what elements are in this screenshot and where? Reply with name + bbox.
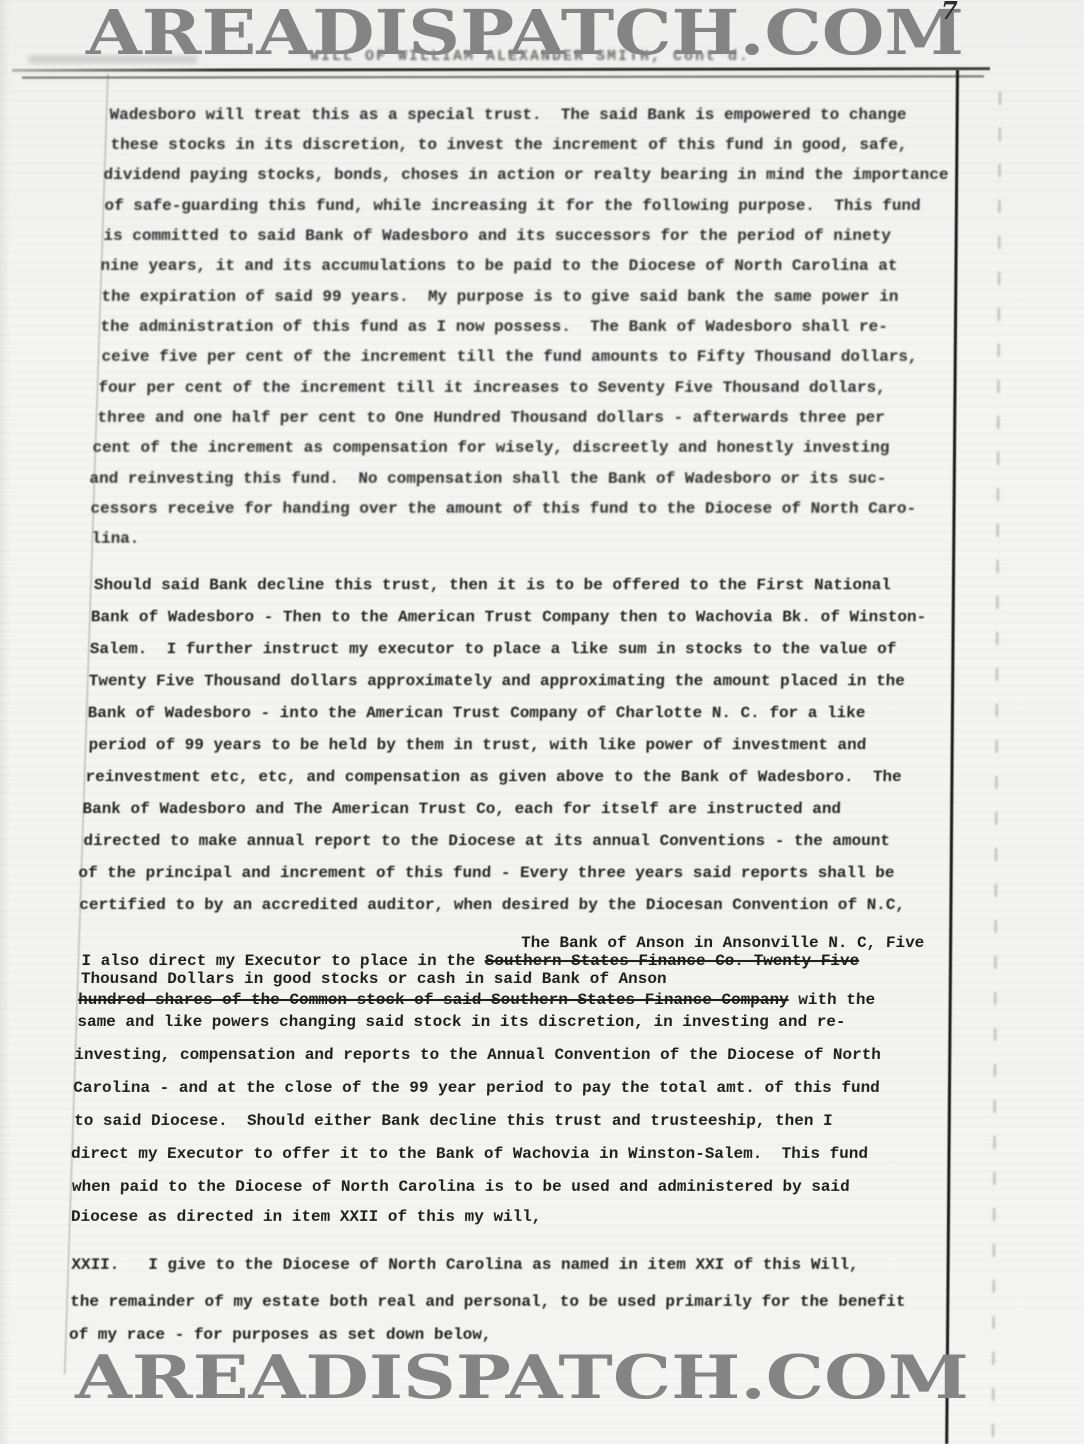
text-segment: when paid to the Diocese of North Caroli… — [72, 1178, 850, 1196]
text-segment: four per cent of the increment till it i… — [98, 379, 886, 397]
document-line: Twenty Five Thousand dollars approximate… — [88, 671, 905, 691]
text-segment: of the principal and increment of this f… — [78, 864, 895, 882]
document-line: Bank of Wadesboro - Then to the American… — [91, 607, 927, 627]
watermark-top: AREADISPATCH.COM — [86, 2, 964, 64]
text-segment: The Bank of Anson in Ansonville N. C, Fi… — [521, 934, 925, 952]
text-segment: of my race - for purposes as set down be… — [69, 1326, 492, 1344]
document-line: direct my Executor to offer it to the Ba… — [71, 1144, 869, 1164]
page-number: 7 — [941, 0, 958, 25]
text-segment: directed to make annual report to the Di… — [83, 832, 890, 850]
text-segment: certified to by an accredited auditor, w… — [79, 896, 905, 914]
text-segment: dividend paying stocks, bonds, choses in… — [103, 166, 949, 184]
document-line: Carolina - and at the close of the 99 ye… — [73, 1078, 880, 1098]
document-line: the expiration of said 99 years. My purp… — [101, 287, 899, 307]
document-line: XXII. I give to the Diocese of North Car… — [71, 1255, 859, 1275]
text-segment: Twenty Five Thousand dollars approximate… — [88, 672, 905, 690]
document-line: of my race - for purposes as set down be… — [69, 1325, 492, 1345]
document-line: cessors receive for handing over the amo… — [90, 499, 916, 519]
text-segment: investing, compensation and reports to t… — [74, 1046, 881, 1064]
text-segment: direct my Executor to offer it to the Ba… — [71, 1145, 869, 1163]
text-segment: and reinvesting this fund. No compensati… — [89, 470, 887, 488]
document-line: the remainder of my estate both real and… — [70, 1292, 906, 1312]
text-segment: to said Diocese. Should either Bank decl… — [74, 1112, 833, 1130]
text-segment: cent of the increment as compensation fo… — [92, 439, 890, 457]
text-segment: the expiration of said 99 years. My purp… — [101, 288, 899, 306]
document-line: cent of the increment as compensation fo… — [92, 438, 890, 458]
document-line: dividend paying stocks, bonds, choses in… — [103, 165, 949, 185]
text-segment: Salem. I further instruct my executor to… — [89, 640, 896, 658]
document-line: to said Diocese. Should either Bank decl… — [74, 1111, 833, 1131]
text-segment: I also direct my Executor to place in th… — [81, 952, 485, 970]
text-segment: Bank of Wadesboro and The American Trust… — [82, 800, 841, 818]
document-line: certified to by an accredited auditor, w… — [79, 895, 905, 915]
watermark-bottom: AREADISPATCH.COM — [75, 1348, 969, 1408]
document-line: hundred-shares-of-the-Common-stock-of-sa… — [78, 990, 876, 1010]
text-segment: ceive five per cent of the increment til… — [101, 348, 918, 366]
document-line: and reinvesting this fund. No compensati… — [89, 469, 887, 489]
document-line: investing, compensation and reports to t… — [74, 1045, 881, 1065]
text-segment: of safe-guarding this fund, while increa… — [104, 197, 921, 215]
text-segment: XXII. I give to the Diocese of North Car… — [71, 1256, 859, 1274]
document-line: the administration of this fund as I now… — [100, 317, 888, 337]
text-segment: these stocks in its discretion, to inves… — [110, 136, 908, 154]
page-edge-dashes-right — [992, 92, 1001, 1444]
document-line: Should said Bank decline this trust, the… — [94, 575, 892, 595]
document-line: of the principal and increment of this f… — [78, 863, 895, 883]
document-line: lina. — [91, 529, 140, 549]
document-line: Bank of Wadesboro and The American Trust… — [82, 799, 841, 819]
document-line: Thousand Dollars in good stocks or cash … — [81, 969, 667, 989]
document-line: three and one half per cent to One Hundr… — [97, 408, 885, 428]
text-segment: cessors receive for handing over the amo… — [90, 500, 916, 518]
document-line: these stocks in its discretion, to inves… — [110, 135, 908, 155]
document-line: Bank of Wadesboro - into the American Tr… — [87, 703, 865, 723]
text-segment: nine years, it and its accumulations to … — [100, 257, 898, 275]
text-segment: period of 99 years to be held by them in… — [88, 736, 866, 754]
document-line: period of 99 years to be held by them in… — [88, 735, 866, 755]
struck-text: Southern-States-Finance-Co.-Twenty-Five — [484, 952, 859, 970]
text-segment: Wadesboro will treat this as a special t… — [109, 106, 907, 124]
document-line: of safe-guarding this fund, while increa… — [104, 196, 921, 216]
document-line: reinvestment etc, etc, and compensation … — [85, 767, 902, 787]
struck-text: hundred-shares-of-the-Common-stock-of-sa… — [78, 991, 789, 1009]
text-segment: the administration of this fund as I now… — [100, 318, 888, 336]
text-segment: three and one half per cent to One Hundr… — [97, 409, 885, 427]
text-segment: Diocese as directed in item XXII of this… — [71, 1208, 542, 1226]
document-line: I also direct my Executor to place in th… — [81, 951, 859, 971]
text-segment: Bank of Wadesboro - into the American Tr… — [87, 704, 865, 722]
text-segment: is committed to said Bank of Wadesboro a… — [103, 227, 891, 245]
document-line: nine years, it and its accumulations to … — [100, 256, 898, 276]
document-line: directed to make annual report to the Di… — [83, 831, 890, 851]
document-line: same and like powers changing said stock… — [77, 1012, 846, 1032]
document-line: Diocese as directed in item XXII of this… — [71, 1207, 542, 1227]
document-line: ceive five per cent of the increment til… — [101, 347, 918, 367]
document-line: when paid to the Diocese of North Caroli… — [72, 1177, 850, 1197]
scan-edge-shading — [0, 0, 10, 1444]
text-segment: same and like powers changing said stock… — [77, 1013, 846, 1031]
document-line: Wadesboro will treat this as a special t… — [109, 105, 907, 125]
text-segment: the remainder of my estate both real and… — [70, 1293, 906, 1311]
document-line: four per cent of the increment till it i… — [98, 378, 886, 398]
text-segment: with the — [788, 991, 875, 1009]
text-segment: Carolina - and at the close of the 99 ye… — [73, 1079, 880, 1097]
header-rule-lower — [22, 75, 984, 78]
text-segment: lina. — [91, 530, 140, 548]
document-body: Wadesboro will treat this as a special t… — [67, 100, 990, 1390]
text-segment: Thousand Dollars in good stocks or cash … — [81, 970, 667, 988]
document-line: is committed to said Bank of Wadesboro a… — [103, 226, 891, 246]
text-segment: reinvestment etc, etc, and compensation … — [85, 768, 902, 786]
document-line: Salem. I further instruct my executor to… — [89, 639, 896, 659]
scanned-will-page: AREADISPATCH.COM 7 WILL OF WILLIAM ALEXA… — [0, 0, 1084, 1444]
text-segment: Should said Bank decline this trust, the… — [94, 576, 892, 594]
interlined-insertion: The Bank of Anson in Ansonville N. C, Fi… — [521, 933, 925, 953]
text-segment: Bank of Wadesboro - Then to the American… — [91, 608, 927, 626]
